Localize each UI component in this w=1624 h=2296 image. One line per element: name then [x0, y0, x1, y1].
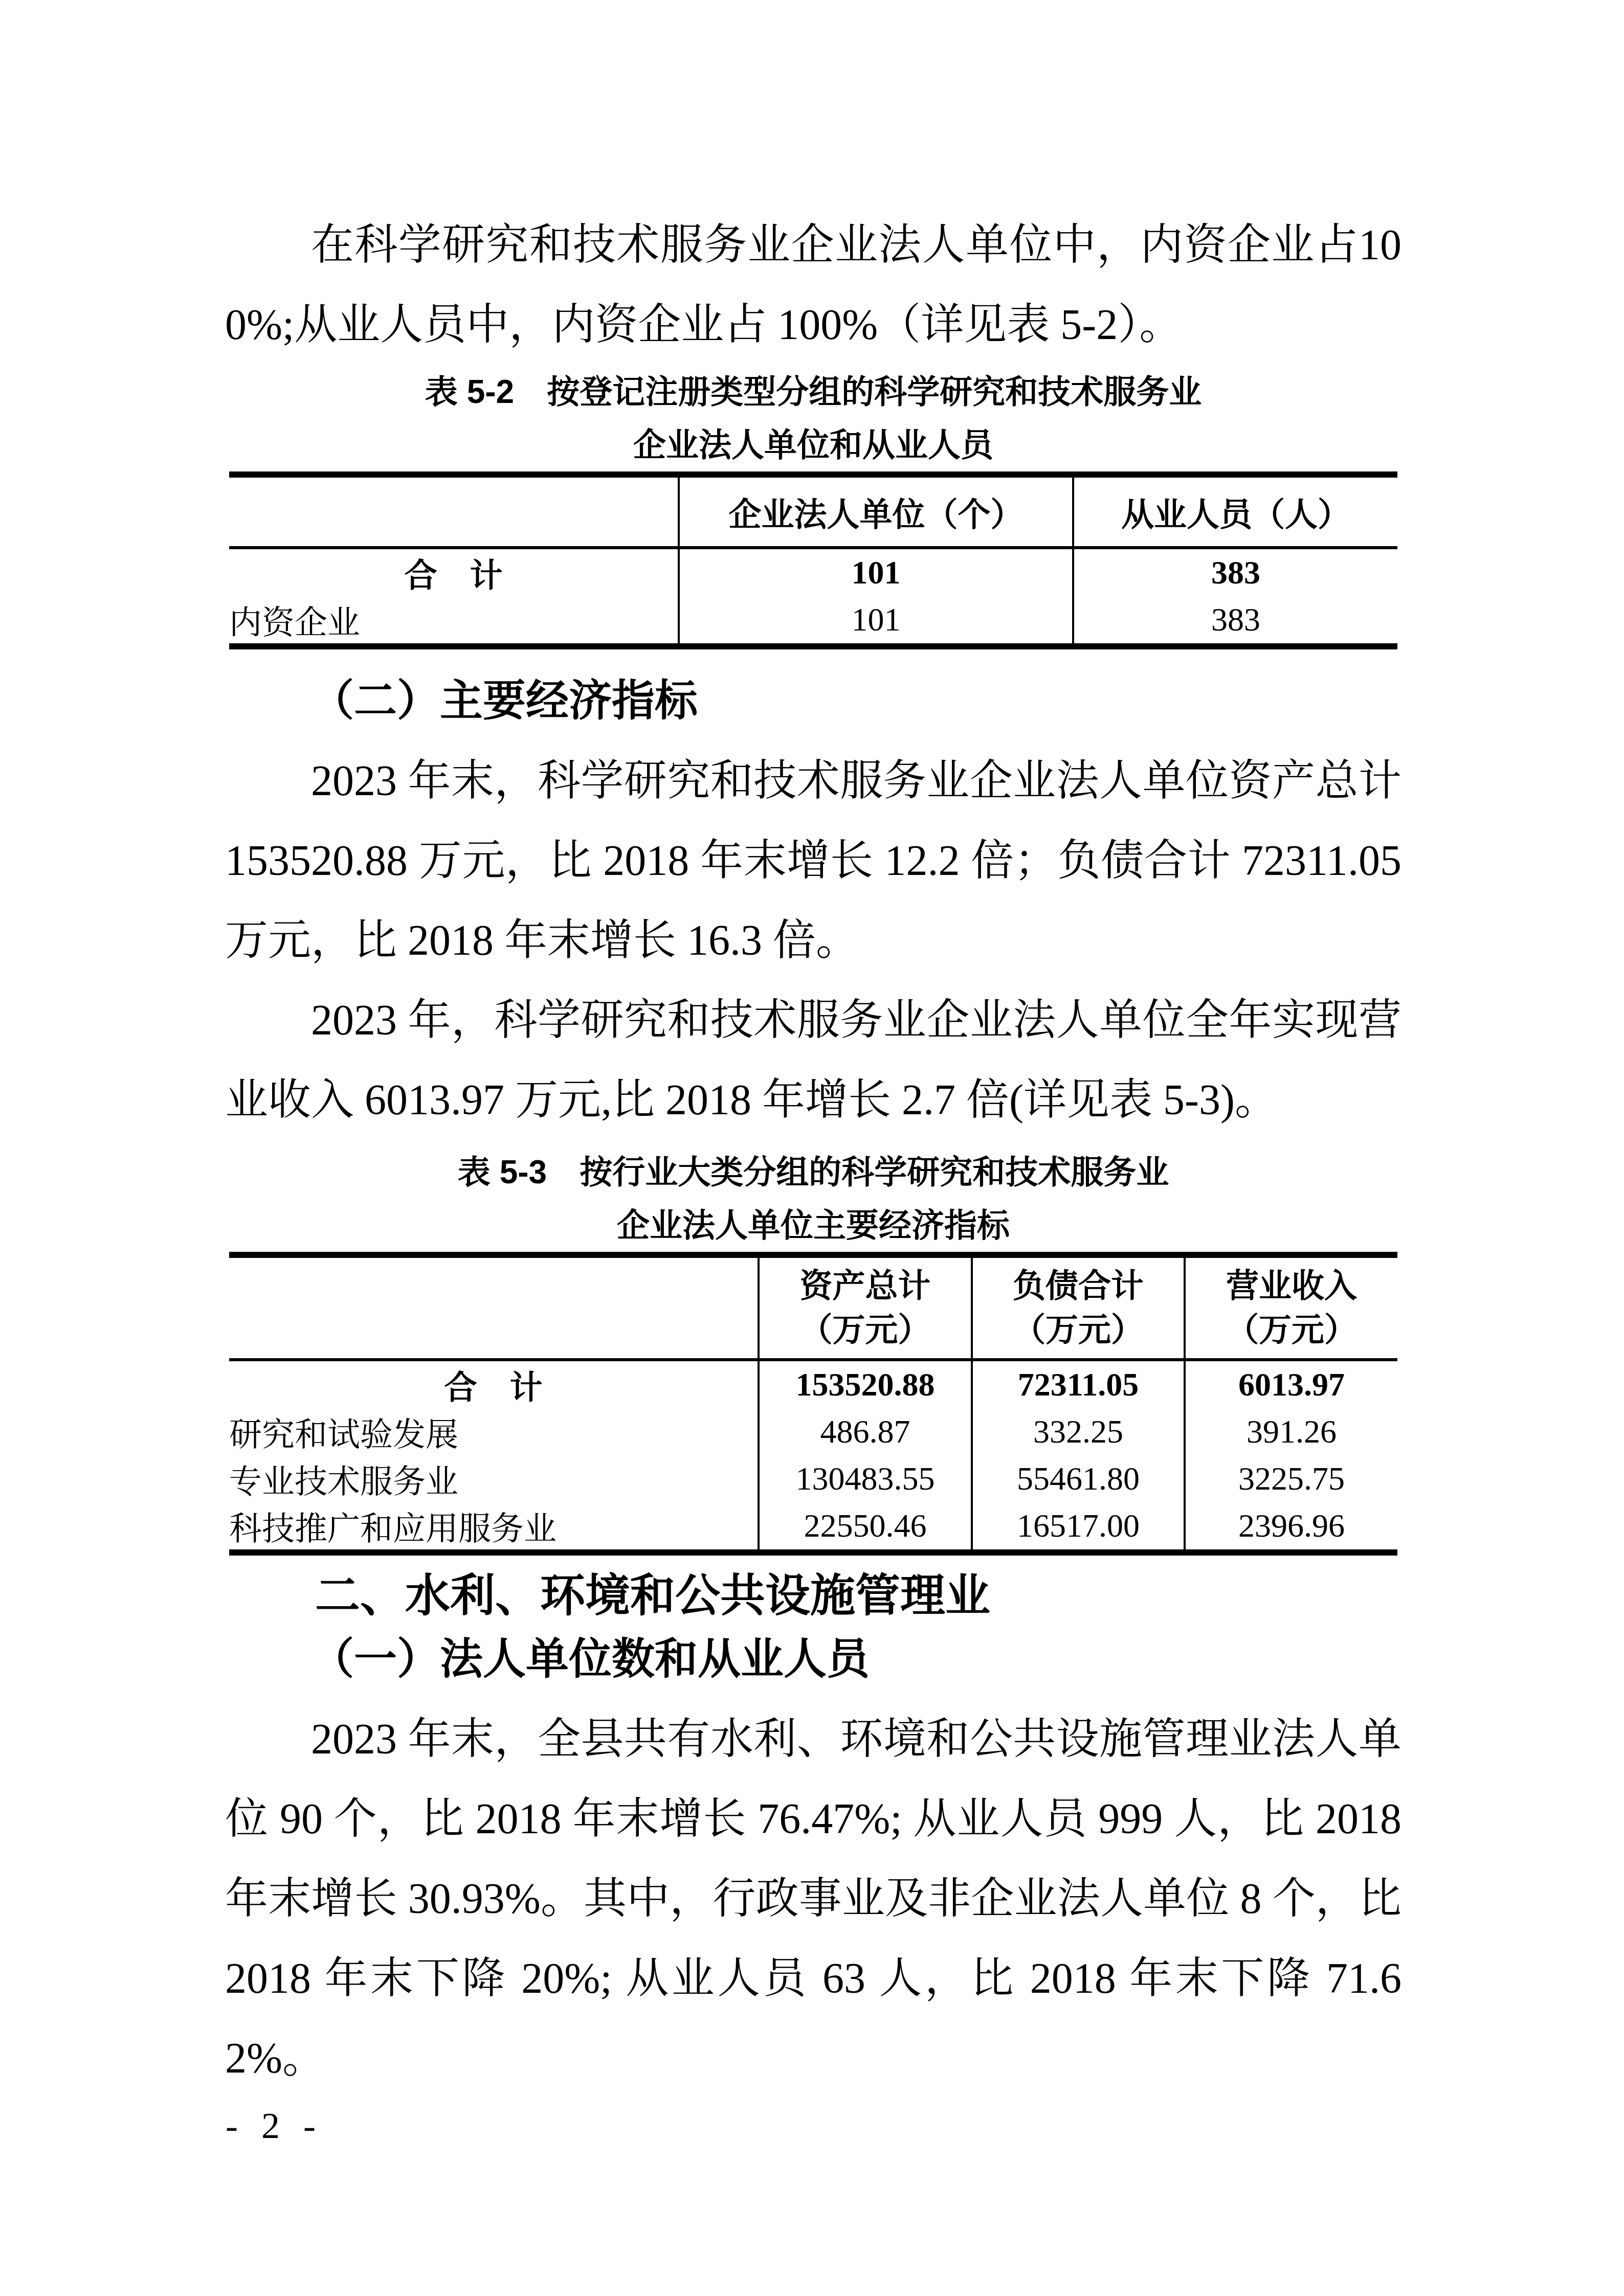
table-row-label: 合 计 [229, 1360, 759, 1408]
table-row-label: 内资企业 [229, 596, 679, 646]
page-content: 在科学研究和技术服务业企业法人单位中，内资企业占100%;从业人员中，内资企业占… [225, 206, 1401, 2099]
table-cell: 101 [679, 596, 1073, 646]
table-5-3: 资产总计 （万元） 负债合计 （万元） 营业收入 （万元） 合 计 153520… [229, 1252, 1397, 1556]
table-cell: 22550.46 [759, 1502, 972, 1552]
table-cell: 383 [1073, 548, 1397, 596]
page-number: - 2 - [226, 2103, 323, 2149]
table-cell: 101 [679, 548, 1073, 596]
document-page: 在科学研究和技术服务业企业法人单位中，内资企业占100%;从业人员中，内资企业占… [0, 0, 1624, 2296]
table-row-professional: 专业技术服务业 130483.55 55461.80 3225.75 [229, 1455, 1397, 1502]
table-5-2-caption-line2: 企业法人单位和从业人员 [225, 418, 1401, 471]
header-line: （万元） [760, 1308, 971, 1352]
table-cell: 6013.97 [1185, 1360, 1397, 1408]
table-5-3-header-liabilities: 负债合计 （万元） [972, 1255, 1185, 1360]
heading-economic-indicators: （二）主要经济指标 [225, 662, 1401, 741]
table-row-promotion: 科技推广和应用服务业 22550.46 16517.00 2396.96 [229, 1502, 1397, 1552]
table-cell: 72311.05 [972, 1360, 1185, 1408]
table-row-total: 合 计 153520.88 72311.05 6013.97 [229, 1360, 1397, 1408]
table-cell: 383 [1073, 596, 1397, 646]
table-row-label: 专业技术服务业 [229, 1455, 759, 1502]
table-5-3-header-empty [229, 1255, 759, 1360]
table-cell: 486.87 [759, 1408, 972, 1455]
table-5-3-header-row: 资产总计 （万元） 负债合计 （万元） 营业收入 （万元） [229, 1255, 1397, 1360]
table-5-3-caption-line2: 企业法人单位主要经济指标 [225, 1199, 1401, 1252]
paragraph-assets-liabilities: 2023 年末，科学研究和技术服务业企业法人单位资产总计 153520.88 万… [225, 741, 1401, 981]
heading-units-and-staff: （一）法人单位数和从业人员 [225, 1620, 1401, 1700]
table-cell: 3225.75 [1185, 1455, 1397, 1502]
paragraph-registration-share: 在科学研究和技术服务业企业法人单位中，内资企业占100%;从业人员中，内资企业占… [225, 206, 1401, 365]
table-5-2-header-row: 企业法人单位（个） 从业人员（人） [229, 475, 1397, 548]
table-cell: 130483.55 [759, 1455, 972, 1502]
table-5-2-header-units: 企业法人单位（个） [679, 475, 1073, 548]
table-cell: 153520.88 [759, 1360, 972, 1408]
table-cell: 391.26 [1185, 1408, 1397, 1455]
header-line: （万元） [973, 1308, 1184, 1352]
paragraph-revenue: 2023 年，科学研究和技术服务业企业法人单位全年实现营业收入 6013.97 … [225, 981, 1401, 1140]
table-5-3-caption-line1: 表 5-3 按行业大类分组的科学研究和技术服务业 [225, 1145, 1401, 1199]
table-cell: 332.25 [972, 1408, 1185, 1455]
table-5-3-header-assets: 资产总计 （万元） [759, 1255, 972, 1360]
header-line: 营业收入 [1186, 1264, 1397, 1308]
header-line: 资产总计 [760, 1264, 971, 1308]
paragraph-water-sector: 2023 年末，全县共有水利、环境和公共设施管理业法人单位 90 个，比 201… [225, 1700, 1401, 2099]
table-row-label: 合 计 [229, 548, 679, 596]
table-row-research: 研究和试验发展 486.87 332.25 391.26 [229, 1408, 1397, 1455]
header-line: （万元） [1186, 1308, 1397, 1352]
table-cell: 16517.00 [972, 1502, 1185, 1552]
table-5-2-caption-line1: 表 5-2 按登记注册类型分组的科学研究和技术服务业 [225, 365, 1401, 418]
table-cell: 2396.96 [1185, 1502, 1397, 1552]
table-row-label: 研究和试验发展 [229, 1408, 759, 1455]
table-5-2-header-empty [229, 475, 679, 548]
table-5-2: 企业法人单位（个） 从业人员（人） 合 计 101 383 内资企业 101 3… [229, 471, 1397, 649]
table-row-label: 科技推广和应用服务业 [229, 1502, 759, 1552]
table-row-total: 合 计 101 383 [229, 548, 1397, 596]
table-5-3-header-revenue: 营业收入 （万元） [1185, 1255, 1397, 1360]
header-line: 负债合计 [973, 1264, 1184, 1308]
table-5-2-header-staff: 从业人员（人） [1073, 475, 1397, 548]
table-row-domestic: 内资企业 101 383 [229, 596, 1397, 646]
table-cell: 55461.80 [972, 1455, 1185, 1502]
